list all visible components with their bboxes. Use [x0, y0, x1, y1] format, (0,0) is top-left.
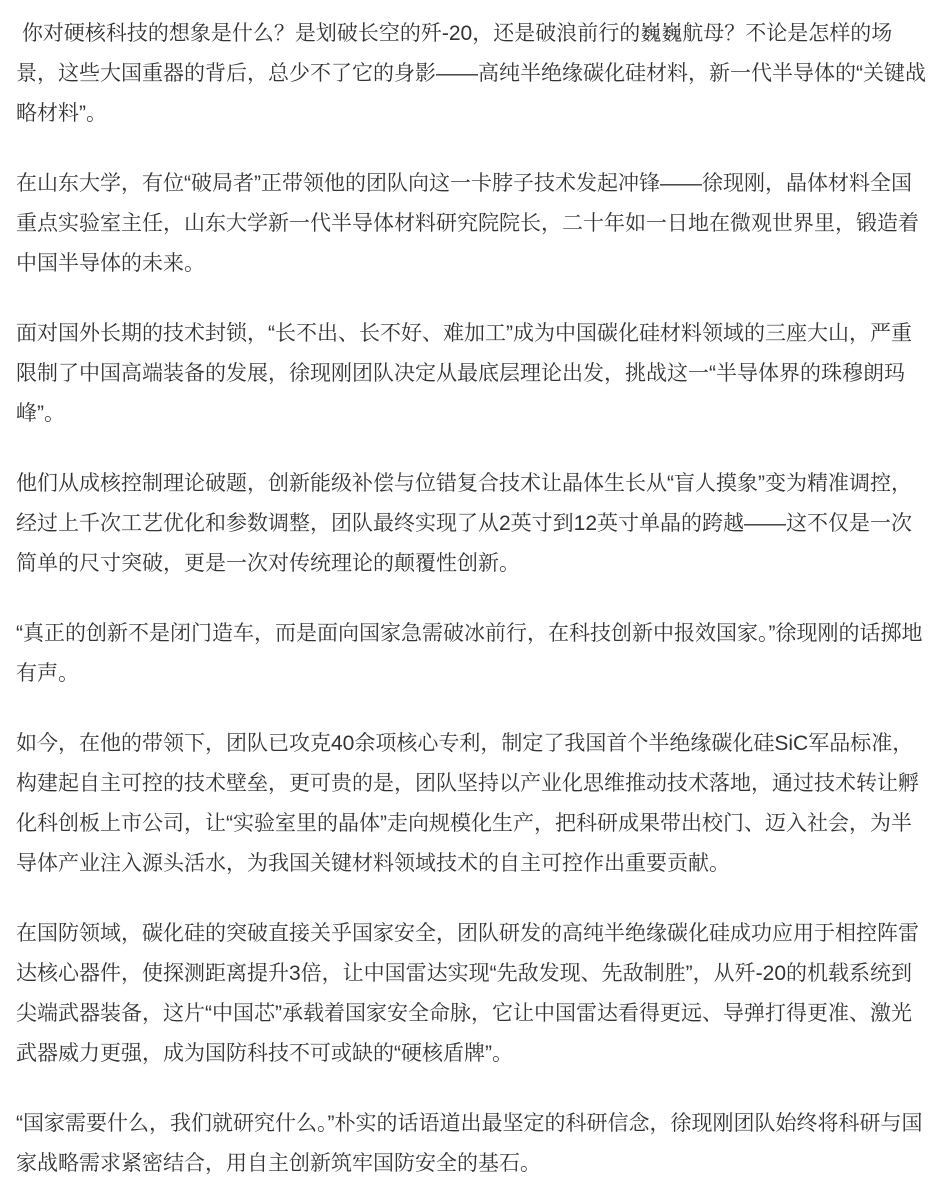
paragraph: “国家需要什么，我们就研究什么。”朴实的话语道出最坚定的科研信念，徐现刚团队始终… [16, 1104, 930, 1184]
paragraph: 如今，在他的带领下，团队已攻克40余项核心专利，制定了我国首个半绝缘碳化硅SiC… [16, 724, 930, 884]
paragraph: “真正的创新不是闭门造车，而是面向国家急需破冰前行，在科技创新中报效国家。”徐现… [16, 614, 930, 694]
paragraph: 在山东大学，有位“破局者”正带领他的团队向这一卡脖子技术发起冲锋——徐现刚，晶体… [16, 164, 930, 284]
paragraph: 他们从成核控制理论破题，创新能级补偿与位错复合技术让晶体生长从“盲人摸象”变为精… [16, 464, 930, 584]
paragraph: 面对国外长期的技术封锁，“长不出、长不好、难加工”成为中国碳化硅材料领域的三座大… [16, 314, 930, 434]
paragraph: 在国防领域，碳化硅的突破直接关乎国家安全，团队研发的高纯半绝缘碳化硅成功应用于相… [16, 914, 930, 1074]
article-body: 你对硬核科技的想象是什么？是划破长空的歼-20，还是破浪前行的巍巍航母？不论是怎… [0, 0, 946, 1194]
paragraph: 你对硬核科技的想象是什么？是划破长空的歼-20，还是破浪前行的巍巍航母？不论是怎… [16, 14, 930, 134]
